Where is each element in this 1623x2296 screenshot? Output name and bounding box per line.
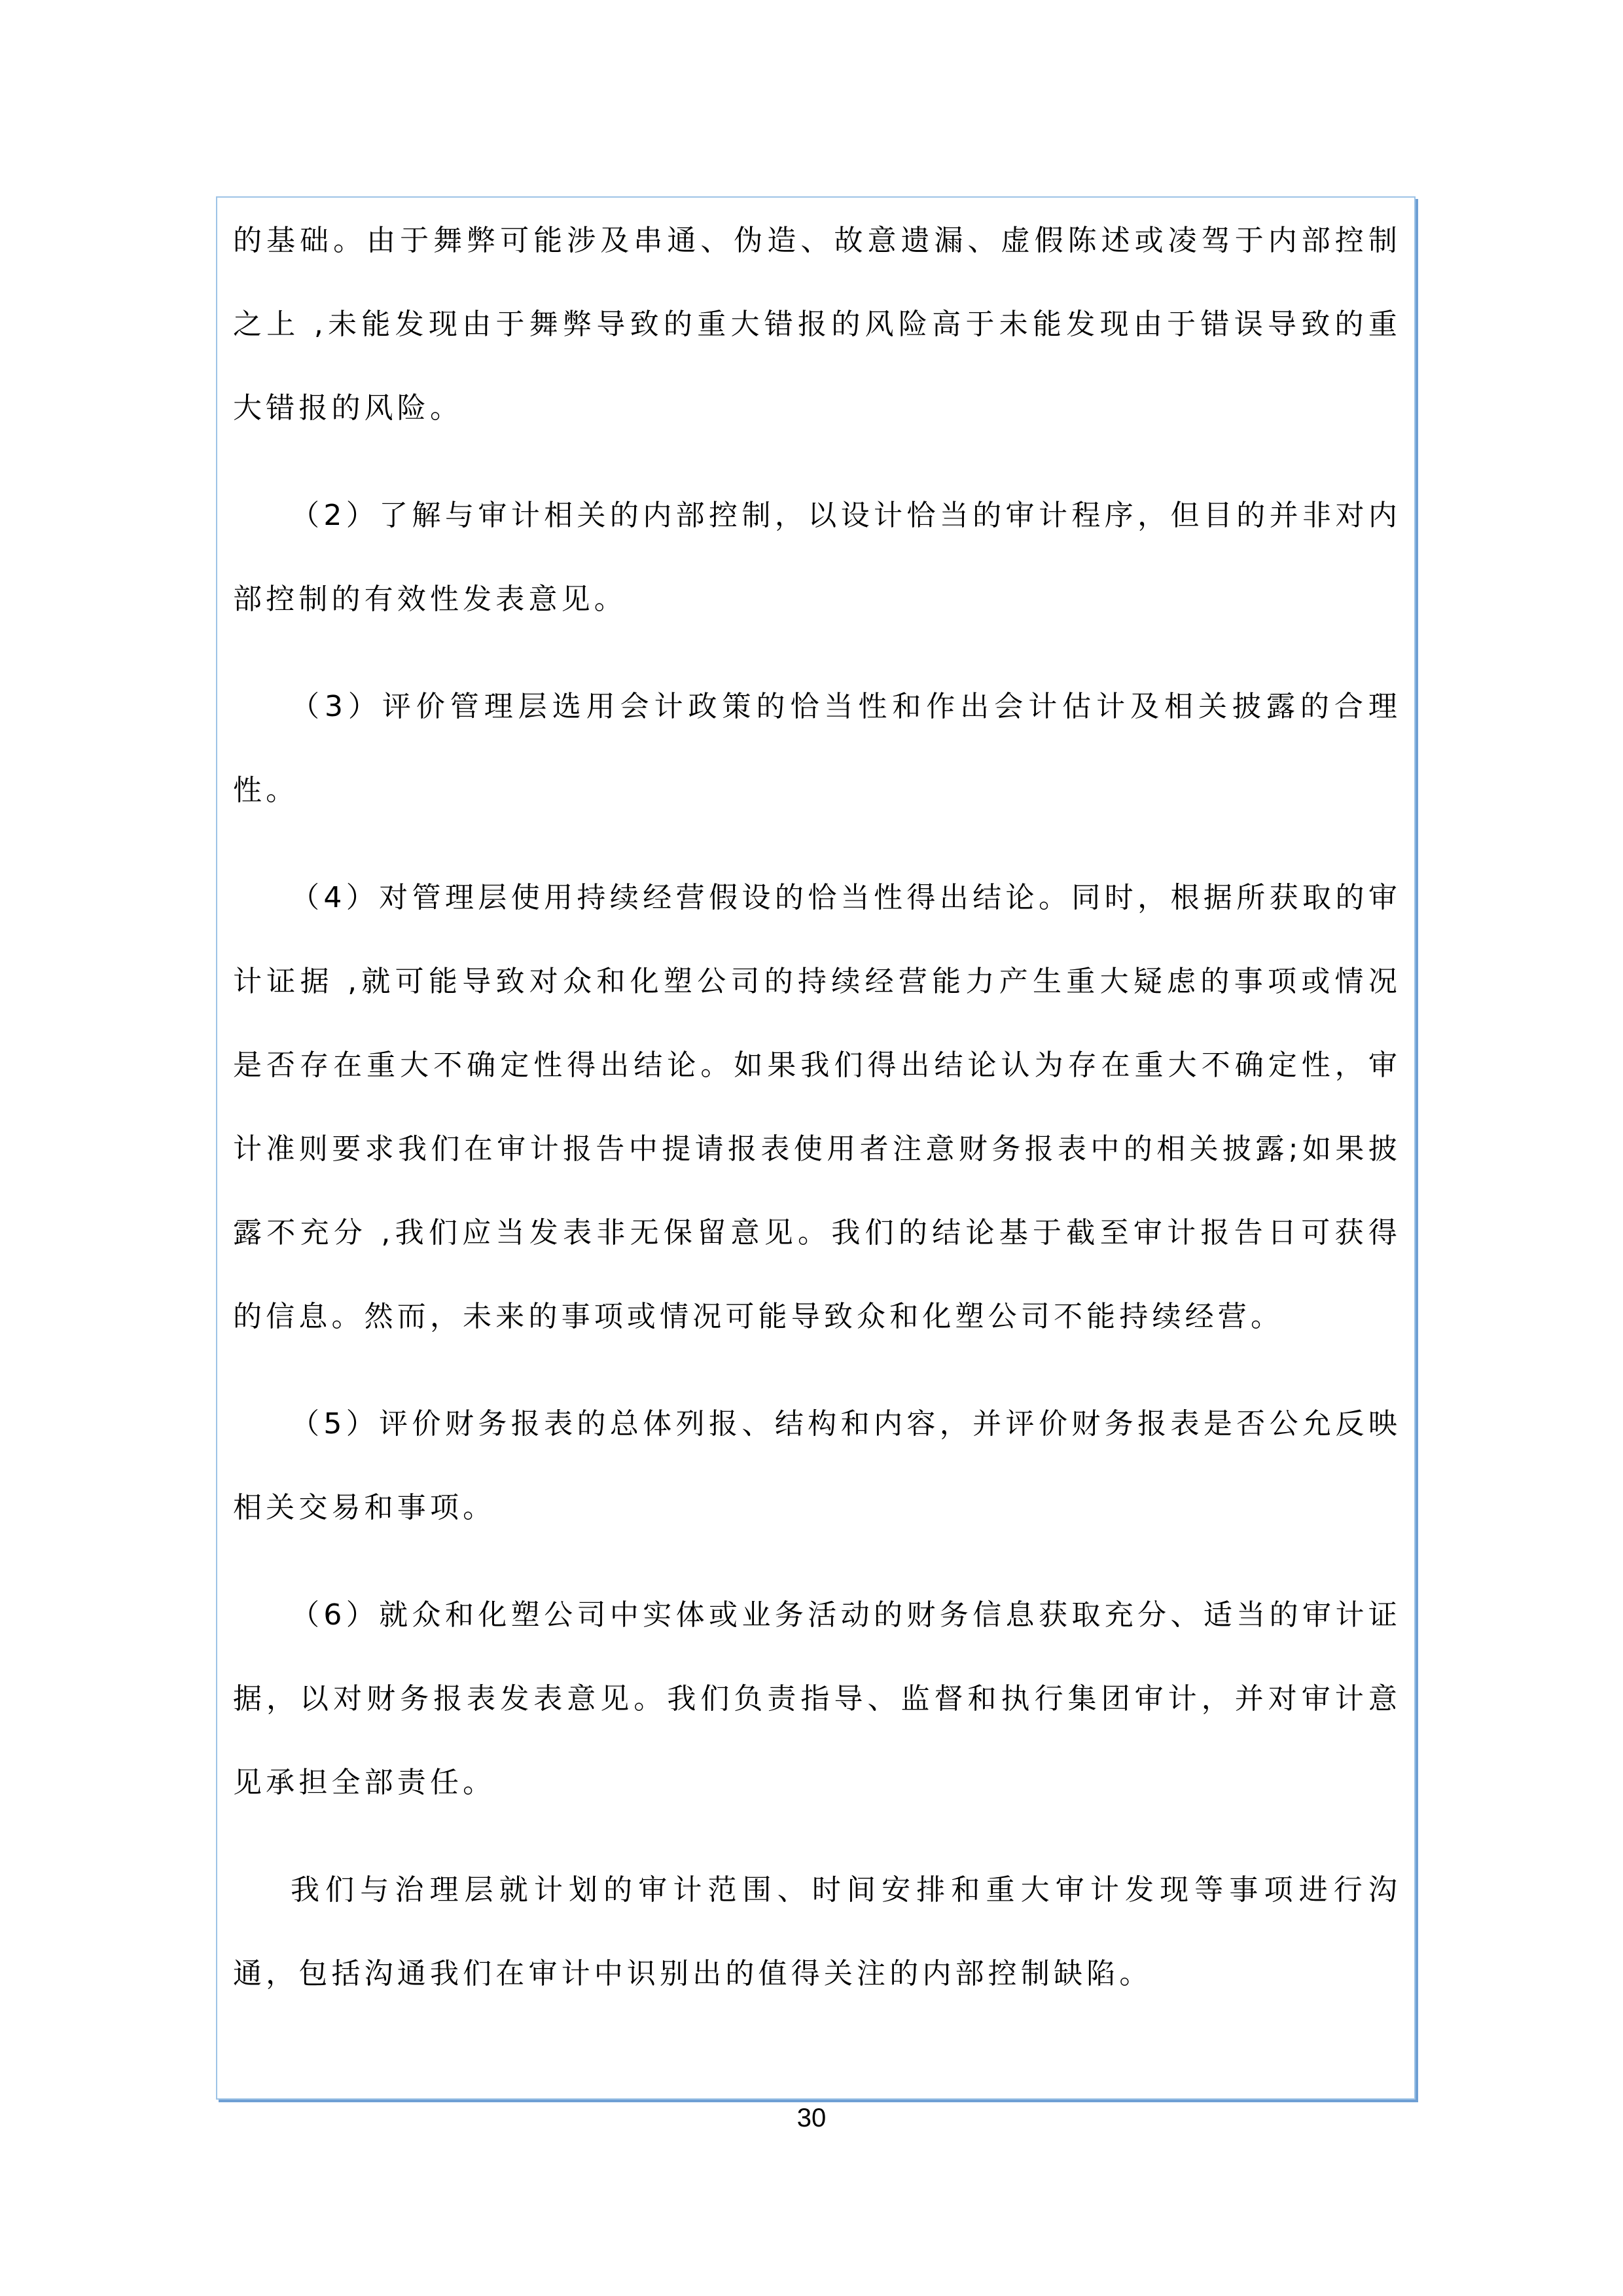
paragraph-item-2-internal-control: （2）了解与审计相关的内部控制，以设计恰当的审计程序，但目的并非对内部控制的有效…: [233, 474, 1401, 641]
document-page: 的基础。由于舞弊可能涉及串通、伪造、故意遗漏、虚假陈述或凌驾于内部控制之上 ,未…: [0, 0, 1623, 2296]
paragraph-item-5-presentation: （5）评价财务报表的总体列报、结构和内容，并评价财务报表是否公允反映相关交易和事…: [233, 1382, 1401, 1550]
page-number: 30: [0, 2098, 1623, 2138]
paragraph-item-3-accounting-policies: （3）评价管理层选用会计政策的恰当性和作出会计估计及相关披露的合理性。: [233, 665, 1401, 833]
paragraph-item-4-going-concern: （4）对管理层使用持续经营假设的恰当性得出结论。同时，根据所获取的审计证据 ,就…: [233, 856, 1401, 1359]
paragraph-item-6-group-audit: （6）就众和化塑公司中实体或业务活动的财务信息获取充分、适当的审计证据，以对财务…: [233, 1573, 1401, 1825]
paragraph-fraud-risk-continuation: 的基础。由于舞弊可能涉及串通、伪造、故意遗漏、虚假陈述或凌驾于内部控制之上 ,未…: [233, 199, 1401, 450]
text-frame: 的基础。由于舞弊可能涉及串通、伪造、故意遗漏、虚假陈述或凌驾于内部控制之上 ,未…: [216, 196, 1416, 2100]
paragraph-governance-communication: 我们与治理层就计划的审计范围、时间安排和重大审计发现等事项进行沟通，包括沟通我们…: [233, 1848, 1401, 2016]
